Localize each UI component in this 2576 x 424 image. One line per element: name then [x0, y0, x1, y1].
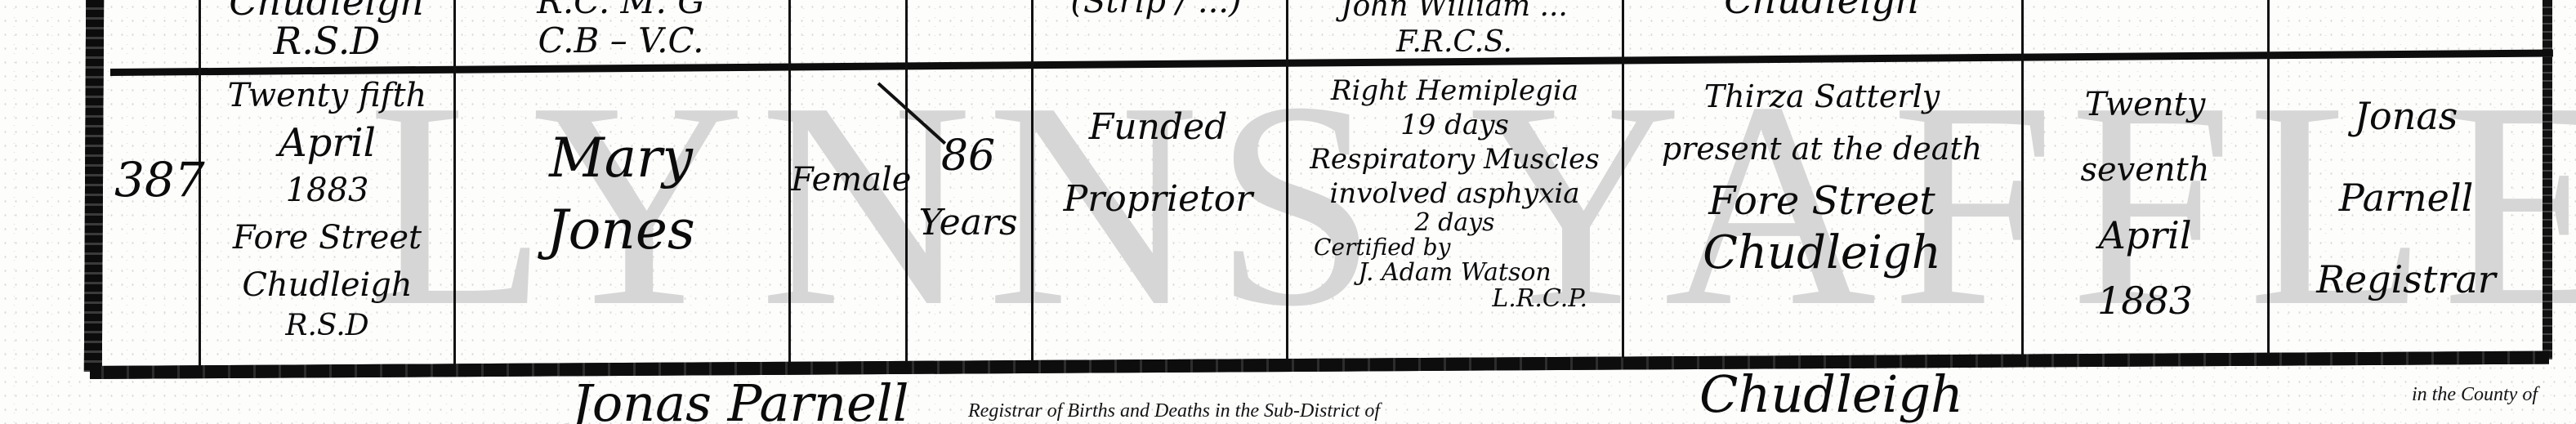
- entry-number: 387: [114, 155, 196, 204]
- footer-signature: Jonas Parnell: [572, 377, 899, 424]
- sex: Female: [791, 160, 905, 199]
- left-border: [84, 0, 104, 372]
- prev-cause-fragment: (Strip / ...): [1034, 0, 1279, 20]
- cause-of-death: Right Hemiplegia 19 days Respiratory Mus…: [1289, 74, 1620, 312]
- age: 86 Years: [907, 123, 1029, 257]
- prev-informant-fragment: Chudleigh: [1630, 0, 2014, 20]
- column-divider: [453, 0, 456, 364]
- column-divider: [2021, 0, 2024, 356]
- occupation: Funded Proprietor: [1034, 91, 1283, 235]
- when-and-where-died: Twenty fifth April 1883 Fore Street Chud…: [203, 72, 452, 343]
- footer-sub-district: Chudleigh: [1699, 368, 2059, 422]
- prev-certifier-fragment: John William ... F.R.C.S.: [1295, 0, 1614, 60]
- prev-name-fragment: R.C. M. G C.B – V.C.: [462, 0, 780, 60]
- name-and-surname: Mary Jones: [458, 123, 784, 266]
- when-registered: Twenty seventh April 1883: [2025, 72, 2266, 333]
- column-divider: [1286, 0, 1288, 359]
- prev-place-of-death: Chudleigh R.S.D: [204, 0, 449, 60]
- column-divider: [1622, 0, 1624, 358]
- footer-county-text: in the County of: [2412, 384, 2538, 406]
- registrar-signature: Jonas Parnell Registrar: [2271, 75, 2541, 320]
- informant: Thirza Satterly present at the death For…: [1626, 70, 2018, 279]
- column-divider: [2267, 0, 2270, 355]
- footer-registrar-text: Registrar of Births and Deaths in the Su…: [968, 400, 1380, 422]
- bottom-border: [90, 351, 2549, 379]
